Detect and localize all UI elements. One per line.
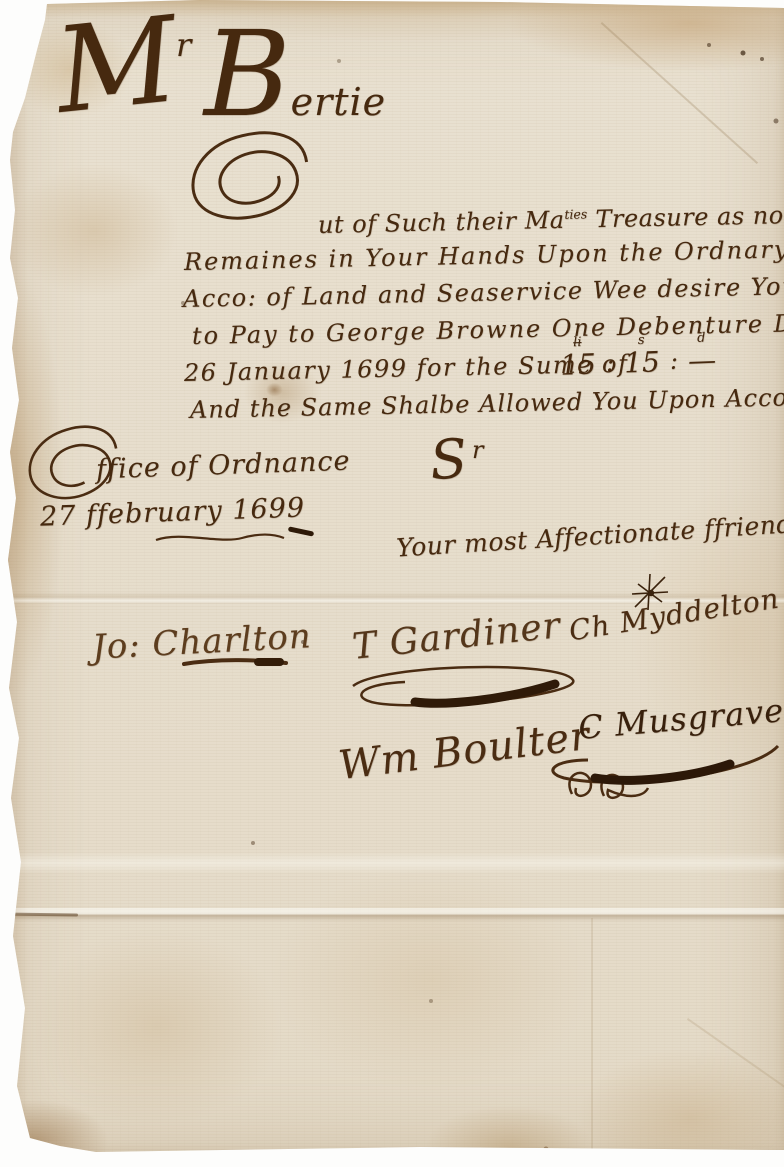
shillings-value: 15: [624, 347, 661, 378]
signature-myddelton: Ch Myddelton: [567, 582, 782, 648]
salutation-initial: S: [428, 427, 469, 492]
fold-crease-lower: [0, 908, 784, 922]
edge-nicks: [0, 0, 4, 7]
salutation-superscript: r: [472, 436, 483, 464]
vertical-crease: [591, 918, 593, 1158]
myddelton-flourish-icon: [630, 572, 674, 616]
gardiner-swash-icon: [335, 658, 585, 713]
body-line-1-rest: Treasure as now: [587, 201, 784, 234]
pounds-column: li 15: [559, 334, 596, 380]
scanned-document: M r Bertie O ut of Such their Maties Tre…: [0, 0, 784, 1167]
body-line-1-text: ut of Such their Ma: [318, 206, 565, 239]
corner-crease: [601, 22, 758, 164]
pence-value: —: [688, 345, 717, 376]
sum-amount: li 15 : s 15 : d —: [559, 330, 716, 380]
date-swash-icon: [150, 528, 290, 548]
musgrave-swash-icon: [540, 738, 784, 793]
sum-separator-2: :: [664, 346, 683, 377]
addressee-surname: Bertie: [204, 6, 386, 143]
ink-specks: [0, 0, 2, 2]
office-line: ffice of Ordnance: [96, 446, 351, 486]
closing-line: Your most Affectionate ffriends: [395, 508, 784, 562]
body-line-2: Remaines in Your Hands Upon the Ordnary …: [184, 235, 784, 276]
body-line-3: Acco: of Land and Seaservice Wee desire …: [183, 272, 784, 313]
paper-sheet: M r Bertie O ut of Such their Maties Tre…: [0, 0, 784, 1153]
charlton-underline-icon: [180, 656, 290, 670]
corner-crease-bottom: [687, 1018, 784, 1117]
body-line-1: ut of Such their Maties Treasure as now: [318, 201, 784, 239]
ink-dash: [288, 526, 314, 536]
pence-column: d —: [687, 330, 717, 376]
sum-separator-1: :: [600, 349, 619, 380]
shillings-column: s 15: [623, 332, 660, 378]
majesties-superscript: ties: [564, 206, 587, 221]
pounds-value: 15: [560, 349, 597, 380]
fold-crease-shadow: [0, 912, 78, 916]
fold-crease-soft: [0, 852, 784, 874]
body-line-6: And the Same Shalbe Allowed You Upon Acc…: [190, 382, 784, 424]
addressee-superscript: r: [176, 26, 191, 64]
addressee-initial: M: [49, 0, 184, 140]
